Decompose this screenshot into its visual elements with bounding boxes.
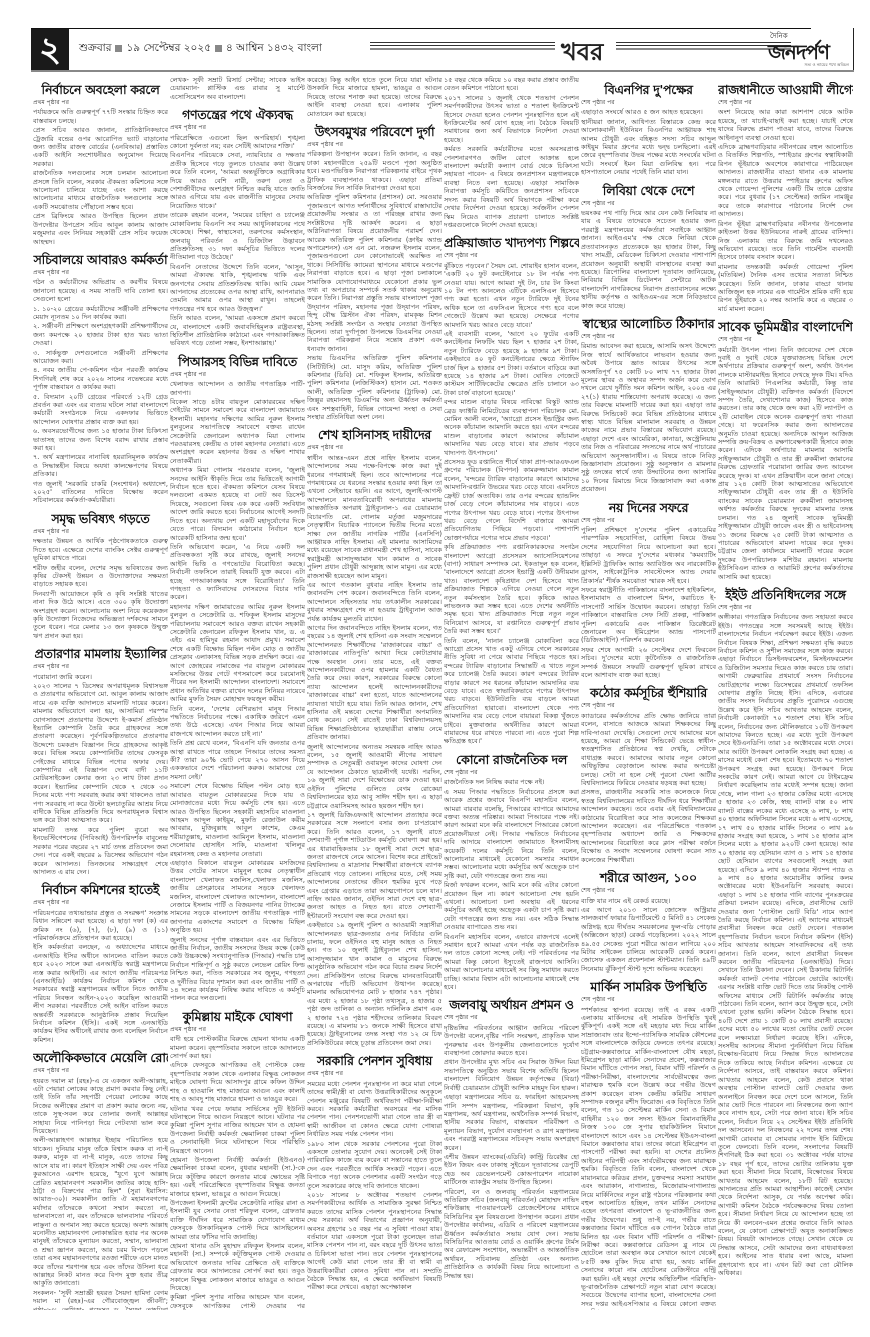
article-paragraph: পর্যায়ক্রমে অতি গুরুত্বপূর্ণ ৭৭টি সংস্ক… [33, 108, 168, 125]
dateline-bangla: ৪ আশ্বিন ১৪৩২ বাংলা [226, 42, 322, 54]
article: রাজধানীতে আওয়ামী লীগেরশেষ পৃষ্ঠার পরঅংশ… [718, 82, 853, 313]
article: সমৃদ্ধ ভবিষ্যৎ গড়তেপ্রথম পৃষ্ঠার পরদক্ষ… [33, 511, 168, 640]
article-headline[interactable]: সরকারি পেনশন সুবিধায় [307, 1053, 442, 1069]
article-paragraph: মির্জা ফখরুল বলেন, আমি মনে করি এটার কোনো… [444, 881, 579, 931]
article-paragraph: লেখক- সূফী সম্রাট রিসার্চ সেন্টার; সাবেক… [170, 76, 305, 101]
article: জলবায়ু অর্থায়ন প্রশমন ওশেষ পৃষ্ঠার পরদ… [444, 997, 579, 1280]
article-paragraph: উপজেলা ইসলামী ফ্রন্টের সেক্রেটারি নাছির … [170, 1199, 305, 1241]
article-paragraph: জুলাই আন্দোলনের অন্যতম সমন্বয়ক নাহিদ আর… [307, 743, 442, 810]
article-paragraph: সমাবেশ শেষে বিক্ষোভ মিছিল পল্টন মোড় হয়… [170, 782, 305, 858]
article-paragraph: তিনি বলেন, 'দেশের বেশিরভাগ মানুষ পিআর পদ… [170, 705, 305, 739]
article-paragraph: কর্মচারী উৎপল পাল। তিনি জাবেদের দেশ থেকে… [718, 346, 853, 581]
article-paragraph: প্রেস সচিব আরও জানান, প্রাতিষ্ঠানিকভাবে … [33, 126, 168, 168]
article-paragraph: হোমনা উপজেলা নির্বাহী কর্মকর্তা (ইউএনও) … [170, 1156, 305, 1198]
article-paragraph: সফর শেষে আগামী ২৬ সেপ্টেম্বর দেশে ফিরবেন… [581, 646, 716, 680]
article: সচিবালয়ে আবারও কর্মকর্তাপ্রথম পৃষ্ঠার প… [33, 252, 168, 505]
article-continuation-note: শেষ পৃষ্ঠার পর [718, 336, 853, 344]
article-headline[interactable]: কোনো রাজনৈতিক দল [444, 752, 579, 768]
article-continuation-note: প্রথম পৃষ্ঠার পর [307, 1070, 442, 1078]
article-headline[interactable]: প্রতারণার মামলায় ইভ্যালির [33, 646, 168, 662]
separator-square-icon [215, 45, 222, 52]
article-headline[interactable]: উৎসবমুখর পরিবেশে দুর্গা [307, 124, 442, 140]
column-4: ১৫ বছর থেকে কমিয়ে ১০ বছর করার প্রস্তাব … [444, 76, 579, 1310]
article-paragraph: গঠন ও কর্মচারীদের অভিপ্রায় ও করণীয় বিষ… [33, 278, 168, 303]
article-continuation-note: প্রথম পৃষ্ঠার পর [170, 124, 305, 132]
article-paragraph: পরিবেশ, বন ও জলবায়ু পরিবর্তন মন্ত্রণালয… [444, 1188, 579, 1280]
article-continuation-note: শেষ পৃষ্ঠার পর [581, 99, 716, 107]
article: নির্বাচন কমিশনের হাতেইপ্রথম পৃষ্ঠার পরপর… [33, 882, 168, 1044]
article: করেছে। কিন্তু আইন হাতে তুলে নিয়ে যারা ঘ… [307, 76, 442, 118]
article-paragraph: সময়ের মধ্যে পেনশন পুনঃস্থাপন না করে মার… [307, 1080, 442, 1139]
article-paragraph: সফরে স্বরাষ্ট্রনীতি পাকিস্তানের বাংলাদেশ… [581, 586, 716, 645]
newspaper-logo: দৈনিক জনদর্পণ সত্য ও ন্যায়ের পথে অবিচল [762, 28, 854, 70]
article-paragraph: হযরত দয়াল মা (রহঃ)-এ যে একজন অলী-আল্লাহ… [33, 1077, 168, 1136]
article-paragraph: পরিকল্পনা উপস্থাপন করেন। তিনি জানান, এ ব… [307, 150, 442, 192]
article-paragraph: এদিকে ব্রাহ্মণবাড়িয়ার নবীনগরের বহুল আল… [718, 143, 853, 219]
article-paragraph: ১৫ বছর থেকে কমিয়ে ১০ বছর করার প্রস্তাব … [444, 76, 579, 93]
article-paragraph: একইভাবে ১৯ জুলাই পুলিশ ও আওয়ামী সন্ত্রা… [307, 921, 442, 1047]
article-paragraph: এই ব্যবসায়ী বলেন, 'আগে ২০ ফুটের একটি কন… [444, 330, 579, 397]
article-paragraph: ইসি কর্মকর্তারা বলছেন, এ অধ্যাদেশের মাধ্… [33, 943, 168, 1044]
article-paragraph: অধ্যাপক মিয়া গোলাম পরওয়ার বলেন, 'জুলাই… [170, 466, 305, 542]
article-paragraph: অতিরিক্ত পুলিশ কমিশনার (প্রশাসন) মো. সরও… [307, 193, 442, 353]
article-continuation-note: শেষ পৃষ্ঠার পর [718, 604, 853, 612]
article-headline[interactable]: নয় দিনের সফরে [581, 500, 716, 516]
article-continuation-note: প্রথম পৃষ্ঠার পর [170, 1026, 305, 1034]
article-paragraph: গত জুলাই 'সরকারি চাকরি (সংশোধন) অধ্যাদেশ… [33, 480, 168, 505]
article-paragraph: সভায় ডিএমপির অতিরিক্ত পুলিশ কমিশনার (সি… [307, 354, 442, 421]
article-paragraph: পুলিশ প্রশিক্ষণে দু'দেশের পুলিশ একাডেমির… [581, 526, 716, 585]
article: স্বাস্থ্যের আলোচিত ঠিকাদারশেষ পৃষ্ঠার পর… [581, 316, 716, 494]
article-paragraph: ১. ১০-২০ গ্রেডের কর্মচারীদের সঞ্জীবনী প্… [33, 305, 168, 322]
article-paragraph: এ সময় পিআর পদ্ধতিতে নির্বাচনের প্রসঙ্গে… [444, 788, 579, 880]
article: শেখ হাসিনাসহ দায়ীদেরপ্রথম পৃষ্ঠার পরস্ব… [307, 427, 442, 1047]
column-1: নির্বাচনে অবহেলা করলেপ্রথম পৃষ্ঠার পরপর্… [33, 76, 168, 1310]
page-number: ২ [31, 29, 69, 71]
logo-tagline: সত্য ও ন্যায়ের পথে অবিচল [804, 62, 849, 69]
article-continuation-note: শেষ পৃষ্ঠার পর [581, 996, 716, 1004]
article-headline[interactable]: পিআরসহ বিভিন্ন দাবিতে [170, 354, 305, 370]
article-paragraph: তিনি আরও বলেন, 'আমরা একসঙ্গে প্রমাণ করবো… [170, 314, 305, 348]
article-paragraph: বিএনপি নেতাদের উদ্দেশে তিনি বলেন, 'আসুন,… [170, 263, 305, 313]
article-paragraph: মহানগর দক্ষিণ জামায়াতের আমির নুরুল ইসলা… [170, 603, 305, 704]
article-paragraph: কৃষি প্রক্রিয়াজাত পণ্য রপ্তানিকারকদের স… [444, 543, 579, 635]
article-paragraph: তিনি অভিযোগ করেন, 'এ নিয়ে একটি দল প্রতি… [170, 543, 305, 602]
article-paragraph: এর আগে ২০১৩ সালে জোসেফ অস্ট্রিয়ার সালজব… [581, 906, 716, 973]
article: কুমিল্লায় মাইকে ঘোষণাপ্রথম পৃষ্ঠার পরবা… [170, 1009, 305, 1310]
article-continuation-note: প্রথম পৃষ্ঠার পর [33, 1067, 168, 1075]
article-paragraph: ৩. সার্কভুক্ত দেশগুলোতে সঞ্জীবনী প্রশিক্… [33, 349, 168, 366]
article-continuation-note: প্রথম পৃষ্ঠার পর [33, 663, 168, 671]
dateline: শুক্রবার১৯ সেপ্টেম্বর ২০২৫৪ আশ্বিন ১৪৩২ … [79, 41, 322, 58]
article-paragraph: রিপন ভূঁইয়া ব্রাহ্মণবাড়িয়ার নবীনগর উপ… [718, 220, 853, 262]
article-headline[interactable]: জলবায়ু অর্থায়ন প্রশমন ও [444, 997, 579, 1013]
article-paragraph: অলী-আল্লাহগণ আল্লাহর ইচ্ছায় পরিচালিত হয… [33, 1136, 168, 1287]
article-paragraph: দিনব্যাপী আয়োজনে কৃষি ও কৃষি সংশ্লিষ্ট … [33, 590, 168, 640]
article-headline[interactable]: শেখ হাসিনাসহ দায়ীদের [307, 427, 442, 443]
article-headline[interactable]: নির্বাচন কমিশনের হাতেই [33, 882, 168, 898]
article-paragraph: ১৭ জুলাই ডিজিএফআই আন্দোলন প্রত্যাহার করে… [307, 811, 442, 920]
article: নয় দিনের সফরেশেষ পৃষ্ঠার পরপুলিশ প্রশিক… [581, 500, 716, 680]
article-paragraph: মামলাটি তদন্ত করে পুলিশ ব্যুরো অব ইনভেস্… [33, 826, 168, 876]
article: পিআরসহ বিভিন্ন দাবিতেপ্রথম পৃষ্ঠার পরখেল… [170, 354, 305, 1003]
article: গণতন্ত্রের পথে ঐক্যবদ্ধপ্রথম পৃষ্ঠার পরপ… [170, 107, 305, 348]
article-paragraph: অঙ্গীকার। গণতান্ত্রিক নির্বাচনের জন্য সহ… [718, 613, 853, 1277]
article-continuation-note: শেষ পৃষ্ঠার পর [581, 887, 716, 895]
article-paragraph: প্রসেসড ফুড রপ্তানিতে শীর্ষে থাকা প্রাণ-… [444, 458, 579, 542]
separator-square-icon [115, 45, 122, 52]
article-paragraph: ভয়ংকর পথ পাড়ি দিয়ে আর যেন কেউ লিবিয়া… [581, 209, 716, 310]
article-paragraph: প্রেস ব্রিফিংয়ে আরও উপস্থিত ছিলেন প্রধা… [33, 212, 168, 246]
article-paragraph: স্বাধীন আন্তঃ-এমন প্রশ্নে নাহিদ ইসলাম বল… [307, 454, 442, 580]
article-headline[interactable]: অলৌকিকভাবে মেয়েলি রোগের [33, 1050, 168, 1066]
article-paragraph: জুলাই সনদের পূর্ণাঙ্গ বাস্তবায়ন এবং এর … [170, 936, 305, 1003]
article-paragraph: বাদী হয়ে পোস্টকারীর বিরুদ্ধে হোমনা থানা… [170, 1035, 305, 1060]
article-paragraph: তারেক রহমান বলেন, 'সময়ের চাহিদা ও চ্যাল… [170, 211, 305, 261]
article-paragraph: আগের দিন জবানবন্দিতে নাহিদ ইসলাম বলেন, গ… [307, 624, 442, 742]
article-paragraph: ২. সঞ্জীবনী প্রশিক্ষণে অংশগ্রহণকারী প্রশ… [33, 322, 168, 347]
article-paragraph: সংকলন- 'সূফী সম্রাজ্ঞী হযরত সৈয়দা হামিদ… [33, 1289, 168, 1310]
article-paragraph: কর্মরত সরকারি কর্মচারীদের মতো অবসরপ্রাপ্… [444, 145, 579, 229]
article-continuation-note: শেষ পৃষ্ঠার পর [718, 99, 853, 107]
article-paragraph: পরোয়ানা জারি করেন। [33, 673, 168, 681]
article: লিবিয়া থেকে দেশেশেষ পৃষ্ঠার পরভয়ংকর পথ… [581, 183, 716, 310]
article-paragraph: ২০১৭ সালের ১ জুলাই থেকে শতভাগ পেনশন সমর্… [444, 94, 579, 144]
article: কঠোর কর্মসূচির হুঁশিয়ারিশেষ পৃষ্ঠার পরক… [581, 685, 716, 864]
article-paragraph: দক্ষতার উন্নয়ন ও আর্থিক পৃষ্ঠপোষকতাকে গ… [33, 537, 168, 562]
article: লেখক- সূফী সম্রাট রিসার্চ সেন্টার; সাবেক… [170, 76, 305, 101]
article-paragraph: ১৯৮০ সাল থেকে সরকার পেনশনের পুরো টাকা এক… [307, 1140, 442, 1190]
article-paragraph: তিনি প্রশ্ন রেখে বলেন, 'বিএনপি যদি জনতার… [170, 739, 305, 781]
dateline-day: শুক্রবার [79, 42, 111, 54]
article-paragraph: প্রধান উপদেষ্টার মুখ্য সচিব এম সিরাজ উদ্… [444, 1058, 579, 1092]
dateline-gregorian: ১৯ সেপ্টেম্বর ২০২৫ [126, 42, 211, 54]
article-headline[interactable]: শরীরে আগুন, ১০০ [581, 870, 716, 886]
article: বিএনপির দু'পক্ষেরশেষ পৃষ্ঠার পরএছাড়াও স… [581, 82, 716, 177]
article-paragraph: এশীয় উন্নয়ন ব্যাংকের(এডিবি) কান্ট্রি ড… [444, 1153, 579, 1187]
section-title: খবর [561, 34, 603, 74]
article-continuation-note: শেষ পৃষ্ঠার পর [444, 252, 579, 260]
article-paragraph: স্পর্শকাতর স্থাপনা রয়েছে। তাই এ রকম একট… [581, 1006, 716, 1310]
article-paragraph: কুমিল্লা পুলিশ সুপার নাজির আহমেদ খান বলে… [170, 1293, 305, 1310]
article-paragraph: দৃষ্টিভঙ্গির পরিবর্তনের আহ্বান জানিয়ে প… [444, 1024, 579, 1058]
column-3: করেছে। কিন্তু আইন হাতে তুলে নিয়ে যারা ঘ… [307, 76, 442, 1310]
article: প্রক্রিয়াজাত খাদ্যপণ্য শিল্পকেশেষ পৃষ্ঠ… [444, 235, 579, 746]
article: সাবেক ভূমিমন্ত্রীর বাংলাদেশিশেষ পৃষ্ঠার … [718, 319, 853, 581]
article: মার্কিন সামরিক উপস্থিতিশেষ পৃষ্ঠার পরস্প… [581, 979, 716, 1310]
article-continuation-note: শেষ পৃষ্ঠার পর [581, 517, 716, 525]
decorative-rules-left [370, 42, 555, 56]
article-headline[interactable]: বিএনপির দু'পক্ষের [581, 82, 716, 98]
article-continuation-note: প্রথম পৃষ্ঠার পর [33, 899, 168, 907]
column-6: রাজধানীতে আওয়ামী লীগেরশেষ পৃষ্ঠার পরঅংশ… [718, 76, 853, 1310]
article-paragraph: এর আগে গতকাল বুধবার নাহিদ ইসলাম তার জবান… [307, 581, 442, 623]
article-headline[interactable]: নির্বাচনে অবহেলা করলে [33, 82, 168, 98]
article-continuation-note: প্রথম পৃষ্ঠার পর [307, 141, 442, 149]
article-continuation-note: শেষ পৃষ্ঠার পর [444, 1014, 579, 1022]
article-paragraph: বিকেল সাড়ে ৪টায় বায়তুল মোকাররমের দক্ষ… [170, 398, 305, 465]
article-paragraph: বন্দর মাশুল বাড়ার বিষয়ে নাবিস্কো বিস্ক… [444, 398, 579, 457]
article-paragraph: ব্যক্তি যার নামে এই রেকর্ড রয়েছে। [581, 897, 716, 905]
article: শরীরে আগুন, ১০০শেষ পৃষ্ঠার পরব্যক্তি যার… [581, 870, 716, 973]
article-headline[interactable]: কুমিল্লায় মাইকে ঘোষণা [170, 1009, 305, 1025]
article-paragraph: স্থানীয়রা জানান, আধিপত্য বিস্তারকে কেন্… [581, 118, 716, 177]
article-headline[interactable]: লিবিয়া থেকে দেশে [581, 183, 716, 199]
masthead-divider [31, 70, 854, 72]
article-paragraph: এছাড়াও বিকালে বায়তুল মোকাররম মসজিদের উ… [170, 859, 305, 935]
article-continuation-note: প্রথম পৃষ্ঠার পর [33, 269, 168, 277]
article-paragraph: খেলাফত আন্দোলন ও জাতীয় গণতান্ত্রিক পার্… [170, 380, 305, 397]
article-paragraph: শরীফ জহীর বলেন, দেশের সমৃদ্ধ ভবিষ্যতের জ… [33, 564, 168, 589]
article-headline[interactable]: গণতন্ত্রের পথে ঐক্যবদ্ধ [170, 107, 305, 123]
article-headline[interactable]: কঠোর কর্মসূচির হুঁশিয়ারি [581, 685, 716, 701]
article-continuation-note: প্রথম পৃষ্ঠার পর [307, 444, 442, 452]
article-continuation-note: শেষ পৃষ্ঠার পর [444, 769, 579, 777]
article-continuation-note: প্রথম পৃষ্ঠার পর [33, 528, 168, 536]
article-paragraph: তিনি বলেন, 'নানান চ্যালেঞ্জ মোকাবিলা করে… [444, 637, 579, 746]
article-paragraph: ৭. অর্থ মন্ত্রণালয়ের নানাবিধ হয়রানিমূল… [33, 453, 168, 478]
article: কোনো রাজনৈতিক দলশেষ পৃষ্ঠার পররাজনৈতিক দ… [444, 752, 579, 992]
article-continuation-note: শেষ পৃষ্ঠার পর [581, 200, 716, 208]
column-5: বিএনপির দু'পক্ষেরশেষ পৃষ্ঠার পরএছাড়াও স… [581, 76, 716, 1310]
article: ইইউ প্রতিনিধিদলের সঙ্গেশেষ পৃষ্ঠার পরঅঙ্… [718, 587, 853, 1278]
article-continuation-note: শেষ পৃষ্ঠার পর [581, 333, 716, 341]
article-paragraph: ৬. অবসরভোগীদের জন্য ১৫ হাজার টাকা চিকিৎস… [33, 427, 168, 452]
article-paragraph: এদিকে ফেসবুকে আপত্তিকর ওই পোস্টকে কেন্দ্… [170, 1061, 305, 1103]
article-headline[interactable]: সচিবালয়ে আবারও কর্মকর্তা [33, 252, 168, 268]
article: প্রতারণার মামলায় ইভ্যালিরপ্রথম পৃষ্ঠার … [33, 646, 168, 876]
article-paragraph: ঘটনার খবর পেয়ে ফায়ার সার্ভিসের দুটি ইউ… [170, 1105, 305, 1155]
article-paragraph: হোমনা থানার ওসি মুহাম্মদ রফিকুল ইসলাম বল… [170, 1242, 305, 1292]
article-paragraph: মামলার তদন্তকারী কর্মকর্তা গোয়েন্দা পুল… [718, 263, 853, 313]
article-paragraph: ৫. বিদ্যমান ২০টি গ্রেডের পরিবর্তে ১২টি গ… [33, 393, 168, 427]
article-headline[interactable]: মার্কিন সামরিক উপস্থিতি [581, 979, 716, 995]
article: উৎসবমুখর পরিবেশে দুর্গাপ্রথম পৃষ্ঠার পরপ… [307, 124, 442, 421]
article-paragraph: পরিচয়পত্রের তথ্যভান্ডার প্রস্তুত ও সংরক… [33, 909, 168, 943]
article-paragraph: করেছে। কিন্তু আইন হাতে তুলে নিয়ে যারা ঘ… [307, 76, 442, 118]
article-headline[interactable]: সাবেক ভূমিমন্ত্রীর বাংলাদেশি [718, 319, 853, 335]
article-paragraph: রিমান্ড আবেদন করা হয়েছে, আসামি অসৎ উদ্দ… [581, 342, 716, 493]
article: নির্বাচনে অবহেলা করলেপ্রথম পৃষ্ঠার পরপর্… [33, 82, 168, 246]
article: ১৫ বছর থেকে কমিয়ে ১০ বছর করার প্রস্তাব … [444, 76, 579, 229]
article-headline[interactable]: রাজধানীতে আওয়ামী লীগের [718, 82, 853, 98]
article-paragraph: ক্যাডারের কর্মকর্তাদের প্রতি ক্ষোভ জানিয… [581, 712, 716, 788]
article-continuation-note: প্রথম পৃষ্ঠার পর [33, 99, 168, 107]
article-headline[interactable]: ইইউ প্রতিনিধিদলের সঙ্গে [718, 587, 853, 603]
article-paragraph: বিএনপির পরিচয়কে সেবা, ন্যায়বিচার ও দক্… [170, 151, 305, 210]
article-paragraph: পরিপ্রেক্ষিতে এগুলো ছিল অপরিহার্য। শৃঙ্খ… [170, 134, 305, 151]
article-paragraph: ঝুঁকিতে পড়বেন।' সৈয়দ মো. শোয়াইব হাসান… [444, 262, 579, 329]
article-paragraph: ২০১৮ সালের ৮ অক্টোবর শতভাগ পেনশন সমর্পণক… [307, 1191, 442, 1292]
article: সরকারি পেনশন সুবিধায়প্রথম পৃষ্ঠার পরসময… [307, 1053, 442, 1292]
column-2: লেখক- সূফী সম্রাট রিসার্চ সেন্টার; সাবেক… [170, 76, 305, 1310]
article-paragraph: রাজনৈতিক দলগুলোর সঙ্গে চলমান আলোচনা প্রস… [33, 169, 168, 211]
article-continuation-note: প্রথম পৃষ্ঠার পর [170, 371, 305, 379]
article-paragraph: প্রসঙ্গত, রাজধানীর সরকারি সাত কলেজকে নিয… [581, 788, 716, 864]
article-headline[interactable]: প্রক্রিয়াজাত খাদ্যপণ্য শিল্পকে [444, 235, 579, 251]
article-paragraph: এছাড়াও সংঘর্ষে আরও ৫ জন আহত হয়েছেন। [581, 108, 716, 116]
article-paragraph: ২০২৩ সালের ৭ ডিসেম্বর অপরাধমূলক বিশ্বাসভ… [33, 682, 168, 825]
article-headline[interactable]: স্বাস্থ্যের আলোচিত ঠিকাদার [581, 316, 716, 332]
article-headline[interactable]: সমৃদ্ধ ভবিষ্যৎ গড়তে [33, 511, 168, 527]
article-paragraph: ৪. নবম জাতীয় পে-কমিশন গঠন পরবর্তী কার্য… [33, 366, 168, 391]
article-paragraph: রাজনৈতিক দল নিষিদ্ধ করার পক্ষে নই। [444, 778, 579, 786]
article-continuation-note: শেষ পৃষ্ঠার পর [581, 702, 716, 710]
article-paragraph: এছাড়া মন্ত্রণালয়ের সচিব ড. ফারহিনা আহম… [444, 1093, 579, 1152]
article-paragraph: অংশ নিয়েছে আর কারা আশপাশ থেকে আটক হয়েছ… [718, 108, 853, 142]
masthead: ২ শুক্রবার১৯ সেপ্টেম্বর ২০২৫৪ আশ্বিন ১৪৩… [31, 28, 811, 70]
article: অলৌকিকভাবে মেয়েলি রোগেরপ্রথম পৃষ্ঠার পর… [33, 1050, 168, 1310]
article-paragraph: বিএনপি মহাসচিব বলেন, এভাবে রাজপথে এলেই স… [444, 933, 579, 992]
